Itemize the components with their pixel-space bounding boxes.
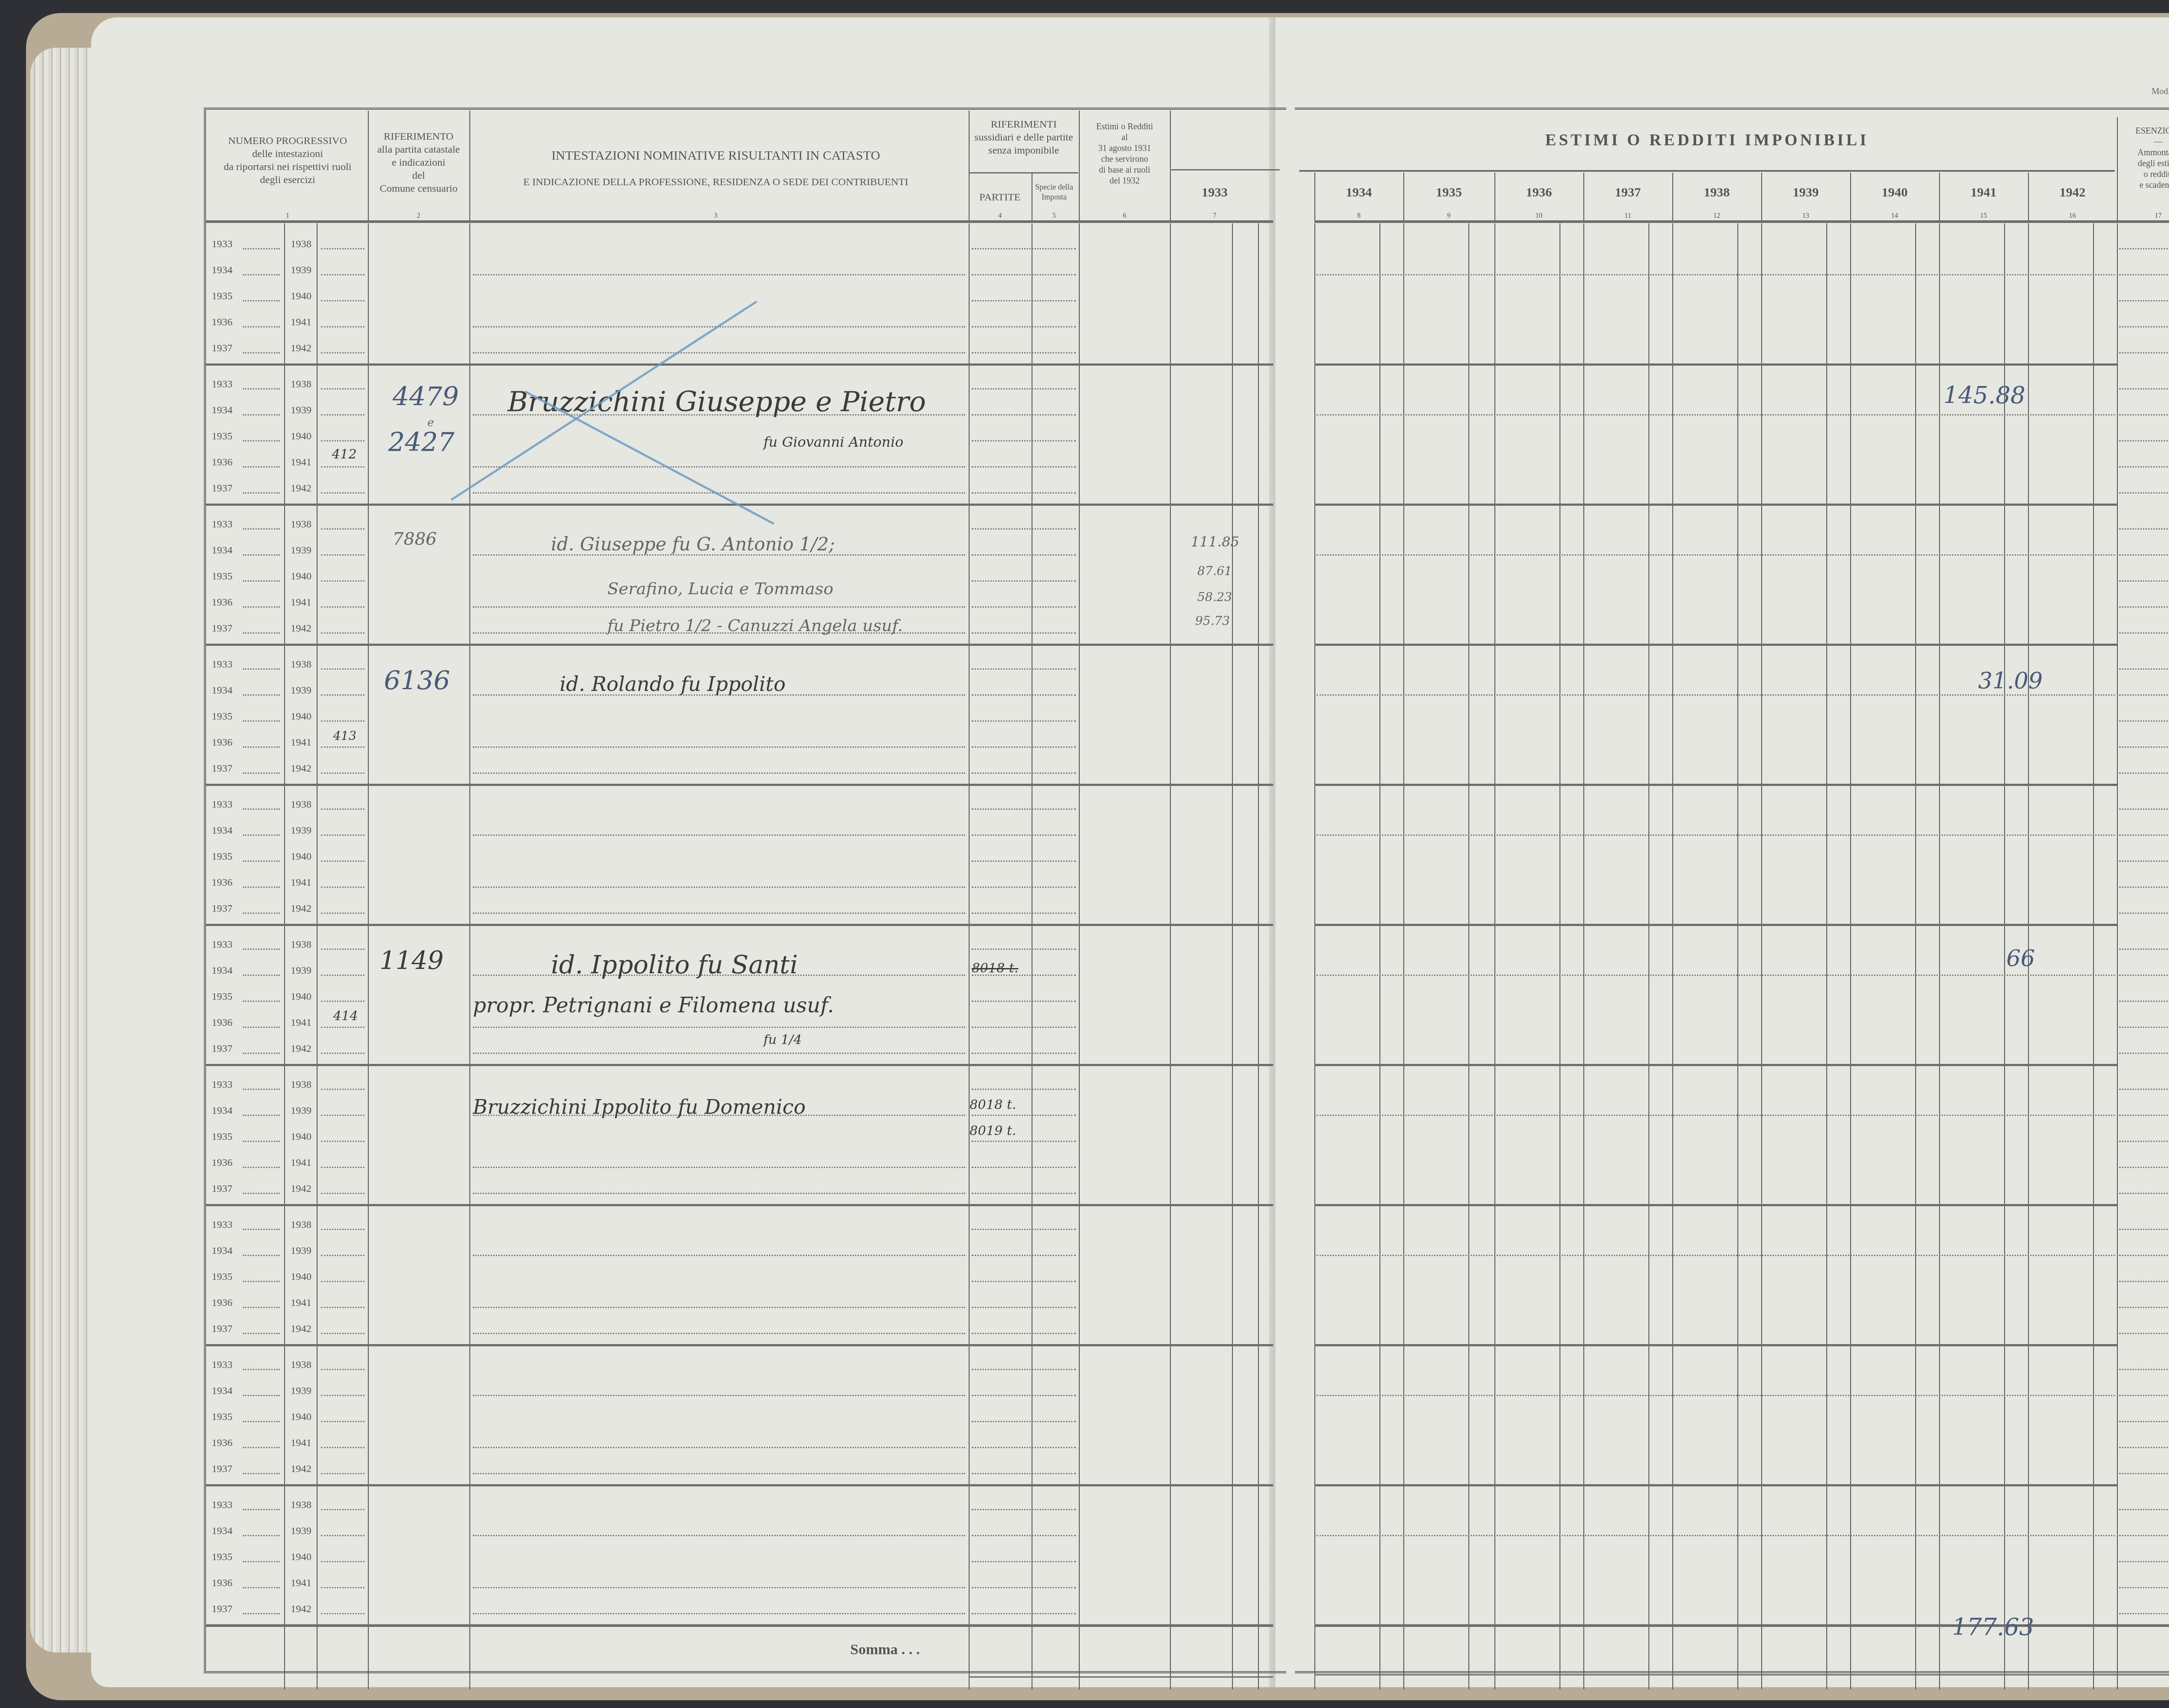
dotted-leader: [2119, 1053, 2169, 1054]
partita-1149: 1149: [380, 946, 444, 975]
form-model-label: Mod. 111 - Imposte Dirette (Intercalare)…: [2152, 87, 2169, 97]
dotted-leader: [243, 772, 280, 774]
year-label: 1937: [212, 1043, 233, 1055]
dotted-leader: [972, 440, 1076, 442]
dotted-leader: [972, 1421, 1076, 1422]
dotted-leader: [243, 326, 280, 327]
dotted-leader: [321, 1053, 364, 1054]
year-label: 1933: [212, 939, 233, 951]
header-riferimenti-sussidiari: RIFERIMENTI sussidiari e delle partite s…: [970, 118, 1078, 157]
header-bottom-rule: [1314, 220, 2169, 223]
dotted-leader: [321, 1473, 364, 1474]
dotted-line: [473, 1473, 965, 1474]
header-intestazioni: INTESTAZIONI NOMINATIVE RISULTANTI IN CA…: [473, 147, 959, 164]
dotted-leader: [2119, 720, 2169, 722]
dotted-leader: [2119, 274, 2169, 275]
dotted-leader: [972, 1115, 1076, 1116]
dotted-leader: [972, 1587, 1076, 1588]
dotted-leader: [2119, 1395, 2169, 1396]
column-rule: [2093, 223, 2094, 1689]
column-rule: [1560, 223, 1560, 1689]
dotted-leader: [321, 1587, 364, 1588]
header-year-1936: 1936: [1494, 184, 1583, 201]
column-rule: [1032, 223, 1032, 1689]
year-label: 1933: [212, 519, 233, 530]
value-1941: 31.09: [1978, 668, 2043, 694]
dotted-leader: [321, 834, 364, 836]
year-label: 1942: [291, 1043, 311, 1055]
colnum-12: 12: [1672, 212, 1761, 220]
dotted-line: [1317, 1255, 2115, 1256]
intestazione-name: Bruzzichini Giuseppe e Pietro: [508, 386, 926, 418]
year-label: 1941: [291, 1017, 311, 1029]
dotted-leader: [972, 1193, 1076, 1194]
dotted-line: [473, 1613, 965, 1614]
dotted-leader: [972, 248, 1076, 249]
year-label: 1942: [291, 1323, 311, 1335]
year-label: 1935: [212, 991, 233, 1003]
year-label: 1937: [212, 483, 233, 494]
year-label: 1939: [291, 265, 311, 276]
year-label: 1936: [212, 457, 233, 468]
entry-separator: [206, 644, 1273, 646]
header-year-1938: 1938: [1672, 184, 1761, 201]
year-label: 1936: [212, 1577, 233, 1589]
dotted-leader: [321, 352, 364, 353]
year-label: 1937: [212, 1323, 233, 1335]
dotted-leader: [243, 1089, 280, 1090]
year-label: 1940: [291, 1131, 311, 1143]
header-subdivider: [970, 172, 1078, 173]
dotted-leader: [2119, 1473, 2169, 1474]
year-label: 1941: [291, 1297, 311, 1309]
header-bottom-rule: [206, 220, 1273, 223]
dotted-leader: [321, 975, 364, 976]
dotted-leader: [972, 352, 1076, 353]
value-1941: 66: [2006, 946, 2035, 972]
year-label: 1937: [212, 903, 233, 915]
dotted-line: [1317, 1395, 2115, 1396]
dotted-leader: [2119, 1027, 2169, 1028]
year-label: 1935: [212, 851, 233, 863]
dotted-leader: [321, 388, 364, 389]
dotted-line: [1317, 1115, 2115, 1116]
dotted-leader: [972, 1447, 1076, 1448]
column-rule: [1761, 223, 1762, 1689]
year-label: 1936: [212, 317, 233, 328]
dotted-leader: [972, 1141, 1076, 1142]
year-label: 1935: [212, 291, 233, 302]
dotted-leader: [972, 1167, 1076, 1168]
dotted-leader: [243, 694, 280, 696]
dotted-line: [1317, 274, 2115, 275]
dotted-line: [473, 466, 965, 468]
dotted-leader: [321, 772, 364, 774]
dotted-leader: [2119, 1255, 2169, 1256]
dotted-leader: [321, 326, 364, 327]
dotted-leader: [972, 606, 1076, 608]
year-label: 1937: [212, 1183, 233, 1195]
colnum-3: 3: [473, 212, 959, 220]
dotted-leader: [972, 1027, 1076, 1028]
dotted-leader: [243, 1307, 280, 1308]
year-label: 1934: [212, 1245, 233, 1257]
value-1933: 95.73: [1195, 614, 1230, 628]
dotted-leader: [2119, 1307, 2169, 1308]
colnum-4: 4: [970, 212, 1030, 220]
year-label: 1935: [212, 1551, 233, 1563]
year-label: 1938: [291, 939, 311, 951]
dotted-leader: [2119, 1509, 2169, 1510]
dotted-leader: [2119, 1089, 2169, 1090]
dotted-line: [1317, 1535, 2115, 1536]
dotted-leader: [243, 414, 280, 416]
column-rule: [1850, 223, 1851, 1689]
side-note: 413: [333, 729, 356, 743]
header-riferimento: RIFERIMENTO alla partita catastale e ind…: [369, 130, 469, 195]
column-rule: [284, 223, 285, 1689]
year-label: 1942: [291, 1183, 311, 1195]
table-bottom-rule: [206, 1624, 1273, 1627]
dotted-leader: [243, 300, 280, 301]
dotted-line: [473, 606, 965, 608]
dotted-leader: [972, 1535, 1076, 1536]
colnum-7: 7: [1171, 212, 1258, 220]
year-label: 1936: [212, 1437, 233, 1449]
dotted-leader: [972, 1229, 1076, 1230]
year-label: 1934: [212, 265, 233, 276]
dotted-leader: [321, 1281, 364, 1282]
dotted-leader: [321, 1613, 364, 1614]
header-divider: [1170, 111, 1171, 221]
year-label: 1936: [212, 1297, 233, 1309]
year-label: 1935: [212, 1131, 233, 1143]
column-rule: [1232, 223, 1233, 1689]
dotted-leader: [243, 975, 280, 976]
year-label: 1940: [291, 291, 311, 302]
year-label: 1935: [212, 1411, 233, 1423]
year-label: 1940: [291, 431, 311, 442]
intestazione-name: fu Giovanni Antonio: [763, 434, 903, 450]
dotted-leader: [2119, 1001, 2169, 1002]
dotted-leader: [972, 1089, 1076, 1090]
dotted-leader: [2119, 466, 2169, 468]
colnum-16: 16: [2028, 212, 2117, 220]
dotted-leader: [321, 1447, 364, 1448]
dotted-leader: [243, 1395, 280, 1396]
year-label: 1938: [291, 659, 311, 671]
dotted-leader: [2119, 1167, 2169, 1168]
dotted-leader: [243, 1369, 280, 1370]
dotted-leader: [2119, 1229, 2169, 1230]
year-label: 1942: [291, 1463, 311, 1475]
year-label: 1941: [291, 1157, 311, 1169]
dotted-leader: [243, 887, 280, 888]
dotted-leader: [243, 913, 280, 914]
table-bottom-rule: [1314, 1624, 2169, 1627]
header-year-1942: 1942: [2028, 184, 2117, 201]
dotted-leader: [972, 834, 1076, 836]
dotted-line: [1317, 414, 2115, 416]
dotted-leader: [321, 694, 364, 696]
year-label: 1935: [212, 711, 233, 723]
dotted-leader: [2119, 1141, 2169, 1142]
year-label: 1938: [291, 1219, 311, 1231]
dotted-leader: [243, 1255, 280, 1256]
intestazione-name: fu Pietro 1/2 - Canuzzi Angela usuf.: [607, 616, 903, 635]
year-label: 1938: [291, 1499, 311, 1511]
dotted-leader: [2119, 1369, 2169, 1370]
dotted-leader: [2119, 1447, 2169, 1448]
dotted-leader: [321, 1255, 364, 1256]
column-rule: [1583, 223, 1584, 1689]
year-label: 1937: [212, 1603, 233, 1615]
dotted-leader: [972, 772, 1076, 774]
dotted-leader: [321, 466, 364, 468]
dotted-leader: [243, 528, 280, 530]
dotted-leader: [972, 887, 1076, 888]
dotted-leader: [972, 949, 1076, 950]
year-label: 1935: [212, 571, 233, 582]
colnum-9: 9: [1403, 212, 1494, 220]
dotted-leader: [2119, 580, 2169, 582]
dotted-leader: [972, 554, 1076, 556]
dotted-leader: [972, 1395, 1076, 1396]
entry-separator: [1314, 1484, 2117, 1486]
dotted-leader: [2119, 1115, 2169, 1116]
dotted-leader: [243, 949, 280, 950]
column-rule: [1648, 223, 1649, 1689]
side-note: 414: [333, 1008, 358, 1024]
dotted-leader: [243, 1115, 280, 1116]
dotted-leader: [321, 913, 364, 914]
dotted-leader: [321, 274, 364, 275]
entry-separator: [1314, 1344, 2117, 1346]
entry-separator: [206, 1484, 1273, 1486]
year-label: 1934: [212, 1105, 233, 1117]
dotted-leader: [2119, 1421, 2169, 1422]
dotted-leader: [972, 274, 1076, 275]
year-label: 1939: [291, 1245, 311, 1257]
dotted-line: [1317, 975, 2115, 976]
year-label: 1933: [212, 1219, 233, 1231]
year-label: 1937: [212, 623, 233, 635]
dotted-leader: [321, 1307, 364, 1308]
dotted-leader: [321, 720, 364, 722]
dotted-leader: [2119, 1193, 2169, 1194]
dotted-leader: [243, 606, 280, 608]
somma-rule: [1314, 1674, 2169, 1675]
right-table-frame: [1295, 108, 2169, 1673]
year-label: 1934: [212, 405, 233, 416]
year-label: 1937: [212, 763, 233, 775]
intestazione-name: Serafino, Lucia e Tommaso: [607, 579, 833, 598]
dotted-leader: [243, 720, 280, 722]
dotted-leader: [321, 492, 364, 494]
dotted-leader: [243, 1613, 280, 1614]
dotted-leader: [243, 1587, 280, 1588]
total-1941: 177.63: [1952, 1613, 2034, 1641]
dotted-leader: [2119, 528, 2169, 530]
dotted-line: [473, 1167, 965, 1168]
dotted-leader: [321, 1395, 364, 1396]
dotted-leader: [243, 1421, 280, 1422]
header-year-1940: 1940: [1850, 184, 1939, 201]
year-label: 1941: [291, 317, 311, 328]
dotted-leader: [243, 554, 280, 556]
dotted-leader: [972, 632, 1076, 634]
dotted-leader: [2119, 1535, 2169, 1536]
dotted-leader: [321, 554, 364, 556]
dotted-leader: [2119, 1613, 2169, 1614]
entry-separator: [206, 1204, 1273, 1206]
dotted-leader: [2119, 248, 2169, 249]
dotted-leader: [2119, 1333, 2169, 1334]
dotted-leader: [321, 949, 364, 950]
year-label: 1940: [291, 1411, 311, 1423]
year-label: 1939: [291, 965, 311, 977]
dotted-leader: [321, 528, 364, 530]
dotted-leader: [243, 1447, 280, 1448]
dotted-line: [473, 1307, 965, 1308]
side-note: 412: [332, 447, 357, 462]
dotted-leader: [243, 1141, 280, 1142]
dotted-leader: [972, 388, 1076, 389]
dotted-leader: [2119, 1587, 2169, 1588]
dotted-leader: [243, 746, 280, 748]
header-intestazioni-sub: E INDICAZIONE DELLA PROFESSIONE, RESIDEN…: [473, 176, 959, 189]
colnum-8: 8: [1314, 212, 1403, 220]
dotted-line: [473, 746, 965, 748]
dotted-leader: [243, 834, 280, 836]
colnum-2: 2: [369, 212, 469, 220]
dotted-leader: [243, 248, 280, 249]
value-1933: 87.61: [1197, 564, 1232, 578]
dotted-leader: [972, 746, 1076, 748]
dotted-line: [1317, 554, 2115, 556]
year-label: 1936: [212, 597, 233, 609]
dotted-leader: [321, 248, 364, 249]
header-divider: [1079, 111, 1080, 221]
intestazione-name: id. Giuseppe fu G. Antonio 1/2;: [551, 533, 835, 555]
dotted-leader: [243, 808, 280, 810]
header-divider: [469, 111, 470, 221]
dotted-leader: [972, 1369, 1076, 1370]
dotted-leader: [243, 1193, 280, 1194]
dotted-line: [473, 1587, 965, 1588]
year-label: 1935: [212, 1271, 233, 1283]
column-rule: [1079, 223, 1080, 1689]
dotted-leader: [972, 466, 1076, 468]
header-year-1937: 1937: [1583, 184, 1672, 201]
dotted-leader: [2119, 949, 2169, 950]
column-rule: [969, 223, 970, 1689]
dotted-leader: [321, 1561, 364, 1562]
year-label: 1934: [212, 1525, 233, 1537]
year-label: 1936: [212, 737, 233, 749]
entry-separator: [206, 924, 1273, 926]
dotted-leader: [2119, 414, 2169, 416]
year-label: 1933: [212, 1359, 233, 1371]
dotted-leader: [972, 414, 1076, 416]
year-label: 1933: [212, 379, 233, 390]
dotted-leader: [321, 861, 364, 862]
dotted-leader: [243, 1473, 280, 1474]
dotted-leader: [321, 1167, 364, 1168]
colnum-5: 5: [1032, 212, 1076, 220]
column-rule: [1737, 223, 1738, 1689]
dotted-leader: [321, 632, 364, 634]
dotted-leader: [2119, 300, 2169, 301]
dotted-leader: [321, 440, 364, 442]
column-rule: [1379, 223, 1380, 1689]
entry-separator: [206, 363, 1273, 366]
dotted-leader: [321, 300, 364, 301]
column-rule: [1403, 223, 1404, 1689]
header-year-1934: 1934: [1314, 184, 1403, 201]
dotted-line: [473, 887, 965, 888]
year-label: 1939: [291, 405, 311, 416]
dotted-leader: [2119, 632, 2169, 634]
partita-6136: 6136: [384, 666, 450, 696]
dotted-leader: [2119, 388, 2169, 389]
dotted-leader: [972, 1053, 1076, 1054]
year-label: 1934: [212, 685, 233, 697]
entry-separator: [1314, 1064, 2117, 1066]
year-label: 1934: [212, 1385, 233, 1397]
header-specie: Specie della Imposta: [1032, 182, 1076, 202]
dotted-leader: [243, 1535, 280, 1536]
year-label: 1940: [291, 571, 311, 582]
dotted-leader: [972, 300, 1076, 301]
dotted-leader: [321, 580, 364, 582]
year-label: 1941: [291, 1577, 311, 1589]
dotted-line: [473, 1255, 965, 1256]
dotted-leader: [972, 528, 1076, 530]
dotted-leader: [972, 668, 1076, 670]
year-label: 1933: [212, 799, 233, 811]
year-label: 1938: [291, 1079, 311, 1091]
dotted-leader: [2119, 694, 2169, 696]
dotted-leader: [2119, 326, 2169, 327]
entry-separator: [1314, 363, 2117, 366]
dotted-leader: [243, 1001, 280, 1002]
dotted-leader: [321, 1193, 364, 1194]
dotted-leader: [2119, 554, 2169, 556]
column-rule: [469, 223, 470, 1689]
column-rule: [1826, 223, 1827, 1689]
dotted-leader: [2119, 1281, 2169, 1282]
dotted-line: [473, 1027, 965, 1028]
entry-separator: [206, 1064, 1273, 1066]
year-label: 1933: [212, 659, 233, 671]
column-rule: [1258, 223, 1259, 1689]
partite-value: 8018 t.: [970, 1097, 1016, 1112]
dotted-leader: [243, 632, 280, 634]
entry-separator: [1314, 1204, 2117, 1206]
dotted-leader: [321, 414, 364, 416]
year-label: 1942: [291, 623, 311, 635]
dotted-leader: [2119, 834, 2169, 836]
dotted-leader: [243, 274, 280, 275]
year-label: 1936: [212, 1157, 233, 1169]
year-label: 1935: [212, 431, 233, 442]
dotted-leader: [243, 1027, 280, 1028]
dotted-leader: [321, 808, 364, 810]
year-label: 1941: [291, 457, 311, 468]
dotted-leader: [2119, 913, 2169, 914]
dotted-leader: [321, 1089, 364, 1090]
